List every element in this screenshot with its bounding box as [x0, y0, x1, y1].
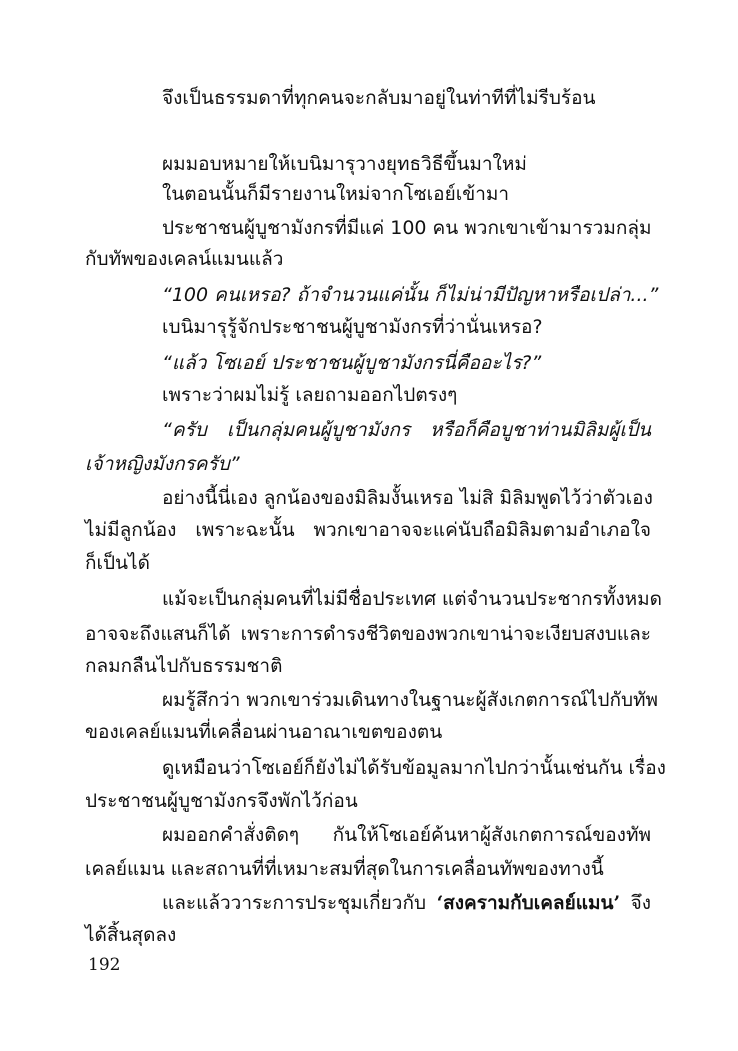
text-line: เพราะว่าผมไม่รู้ เลยถามออกไปตรงๆ [162, 381, 457, 409]
text-line: ผมมอบหมายให้เบนิมารุวางยุทธวิธีขึ้นมาใหม… [162, 150, 527, 178]
dialogue-line: “แล้ว โซเอย์ ประชาชนผู้บูชามังกรนี่คืออะ… [162, 349, 541, 377]
text-line: ในตอนนั้นก็มีรายงานใหม่จากโซเอย์เข้ามา [162, 180, 509, 208]
text-line: และแล้ววาระการประชุมเกี่ยวกับ ‘สงครามกับ… [162, 889, 651, 917]
text-line: กลมกลืนไปกับธรรมชาติ [85, 652, 282, 680]
text-line: อย่างนี้นี่เอง ลูกน้องของมิลิมงั้นเหรอ ไ… [162, 484, 651, 512]
text-line: ประชาชนผู้บูชามังกรที่มีแค่ 100 คน พวกเข… [162, 214, 651, 242]
text-line: ของเคลย์แมนที่เคลื่อนผ่านอาณาเขตของตน [85, 718, 442, 746]
text-line: ผมรู้สึกว่า พวกเขาร่วมเดินทางในฐานะผู้สั… [162, 686, 651, 714]
text-line: ผมออกคำสั่งติดๆ กันให้โซเอย์ค้นหาผู้สังเ… [162, 821, 651, 849]
text-segment: และแล้ววาระการประชุมเกี่ยวกับ [162, 892, 437, 914]
dialogue-line: “ครับ เป็นกลุ่มคนผู้บูชามังกร หรือก็คือบ… [162, 416, 651, 444]
text-line: ประชาชนผู้บูชามังกรจึงพักไว้ก่อน [85, 787, 358, 815]
text-line: เคลย์แมน และสถานที่ที่เหมาะสมที่สุดในการ… [85, 855, 604, 883]
text-line: แม้จะเป็นกลุ่มคนที่ไม่มีชื่อประเทศ แต่จำ… [162, 585, 651, 613]
book-page: จึงเป็นธรรมดาที่ทุกคนจะกลับมาอยู่ในท่าที… [0, 0, 738, 1051]
text-line: กับทัพของเคลน์แมนแล้ว [85, 245, 283, 273]
text-line: ก็เป็นได้ [85, 549, 150, 577]
chapter-reference: ‘สงครามกับเคลย์แมน’ [437, 892, 621, 914]
text-segment: จึง [620, 892, 651, 914]
dialogue-line: “100 คนเหรอ? ถ้าจำนวนแค่นั้น ก็ไม่น่ามีป… [162, 281, 658, 309]
text-line: ไม่มีลูกน้อง เพราะฉะนั้น พวกเขาอาจจะแค่น… [85, 516, 651, 544]
text-line: ได้สิ้นสุดลง [85, 921, 176, 949]
text-line: ดูเหมือนว่าโซเอย์ก็ยังไม่ได้รับข้อมูลมาก… [162, 754, 651, 782]
text-line: เบนิมารุรู้จักประชาชนผู้บูชามังกรที่ว่าน… [162, 313, 543, 341]
text-line: จึงเป็นธรรมดาที่ทุกคนจะกลับมาอยู่ในท่าที… [162, 84, 595, 112]
page-number: 192 [88, 955, 120, 975]
text-line: อาจจะถึงแสนก็ได้ เพราะการดำรงชีวิตของพวก… [85, 620, 651, 648]
dialogue-line: เจ้าหญิงมังกรครับ” [85, 450, 240, 478]
